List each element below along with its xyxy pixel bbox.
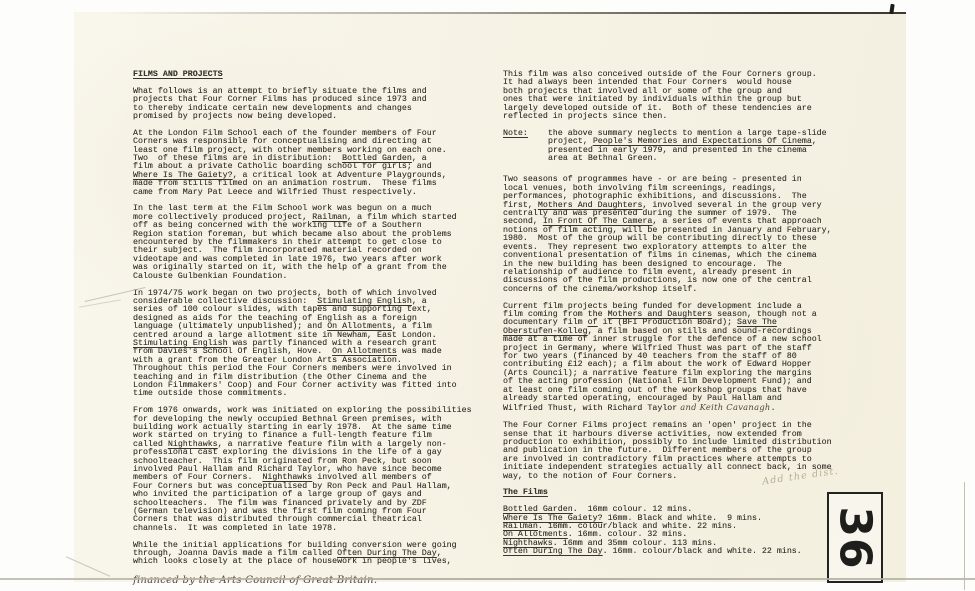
paragraph: At the London Film School each of the fo… xyxy=(133,130,509,197)
page-number-stamp: 36 xyxy=(827,492,883,583)
paragraph: In 1974/75 work began on two projects, b… xyxy=(133,290,509,399)
paragraph: In the last term at the Film School work… xyxy=(133,205,509,281)
paragraph: What follows is an attempt to briefly si… xyxy=(133,88,509,122)
note-paragraph: Note: the above summary neglects to ment… xyxy=(503,130,921,164)
paragraph: This film was also conceived outside of … xyxy=(503,71,921,121)
section-heading: FILMS AND PROJECTS xyxy=(133,71,509,79)
paper-sheet: FILMS AND PROJECTSWhat follows is an att… xyxy=(74,12,906,582)
paragraph: While the initial applications for build… xyxy=(133,542,509,567)
right-text-column: This film was also conceived outside of … xyxy=(503,71,921,565)
paragraph: Two seasons of programmes have - or are … xyxy=(503,176,921,294)
page-number: 36 xyxy=(833,506,877,569)
left-text-column: FILMS AND PROJECTSWhat follows is an att… xyxy=(133,71,509,591)
paper-right-edge xyxy=(964,482,965,590)
paper-bottom-edge xyxy=(0,578,975,580)
paragraph: The Four Corner Films project remains an… xyxy=(503,422,921,481)
paragraph: From 1976 onwards, work was initiated on… xyxy=(133,407,509,533)
scanned-document-page: FILMS AND PROJECTSWhat follows is an att… xyxy=(0,0,975,591)
paragraph: Current film projects being funded for d… xyxy=(503,303,921,414)
